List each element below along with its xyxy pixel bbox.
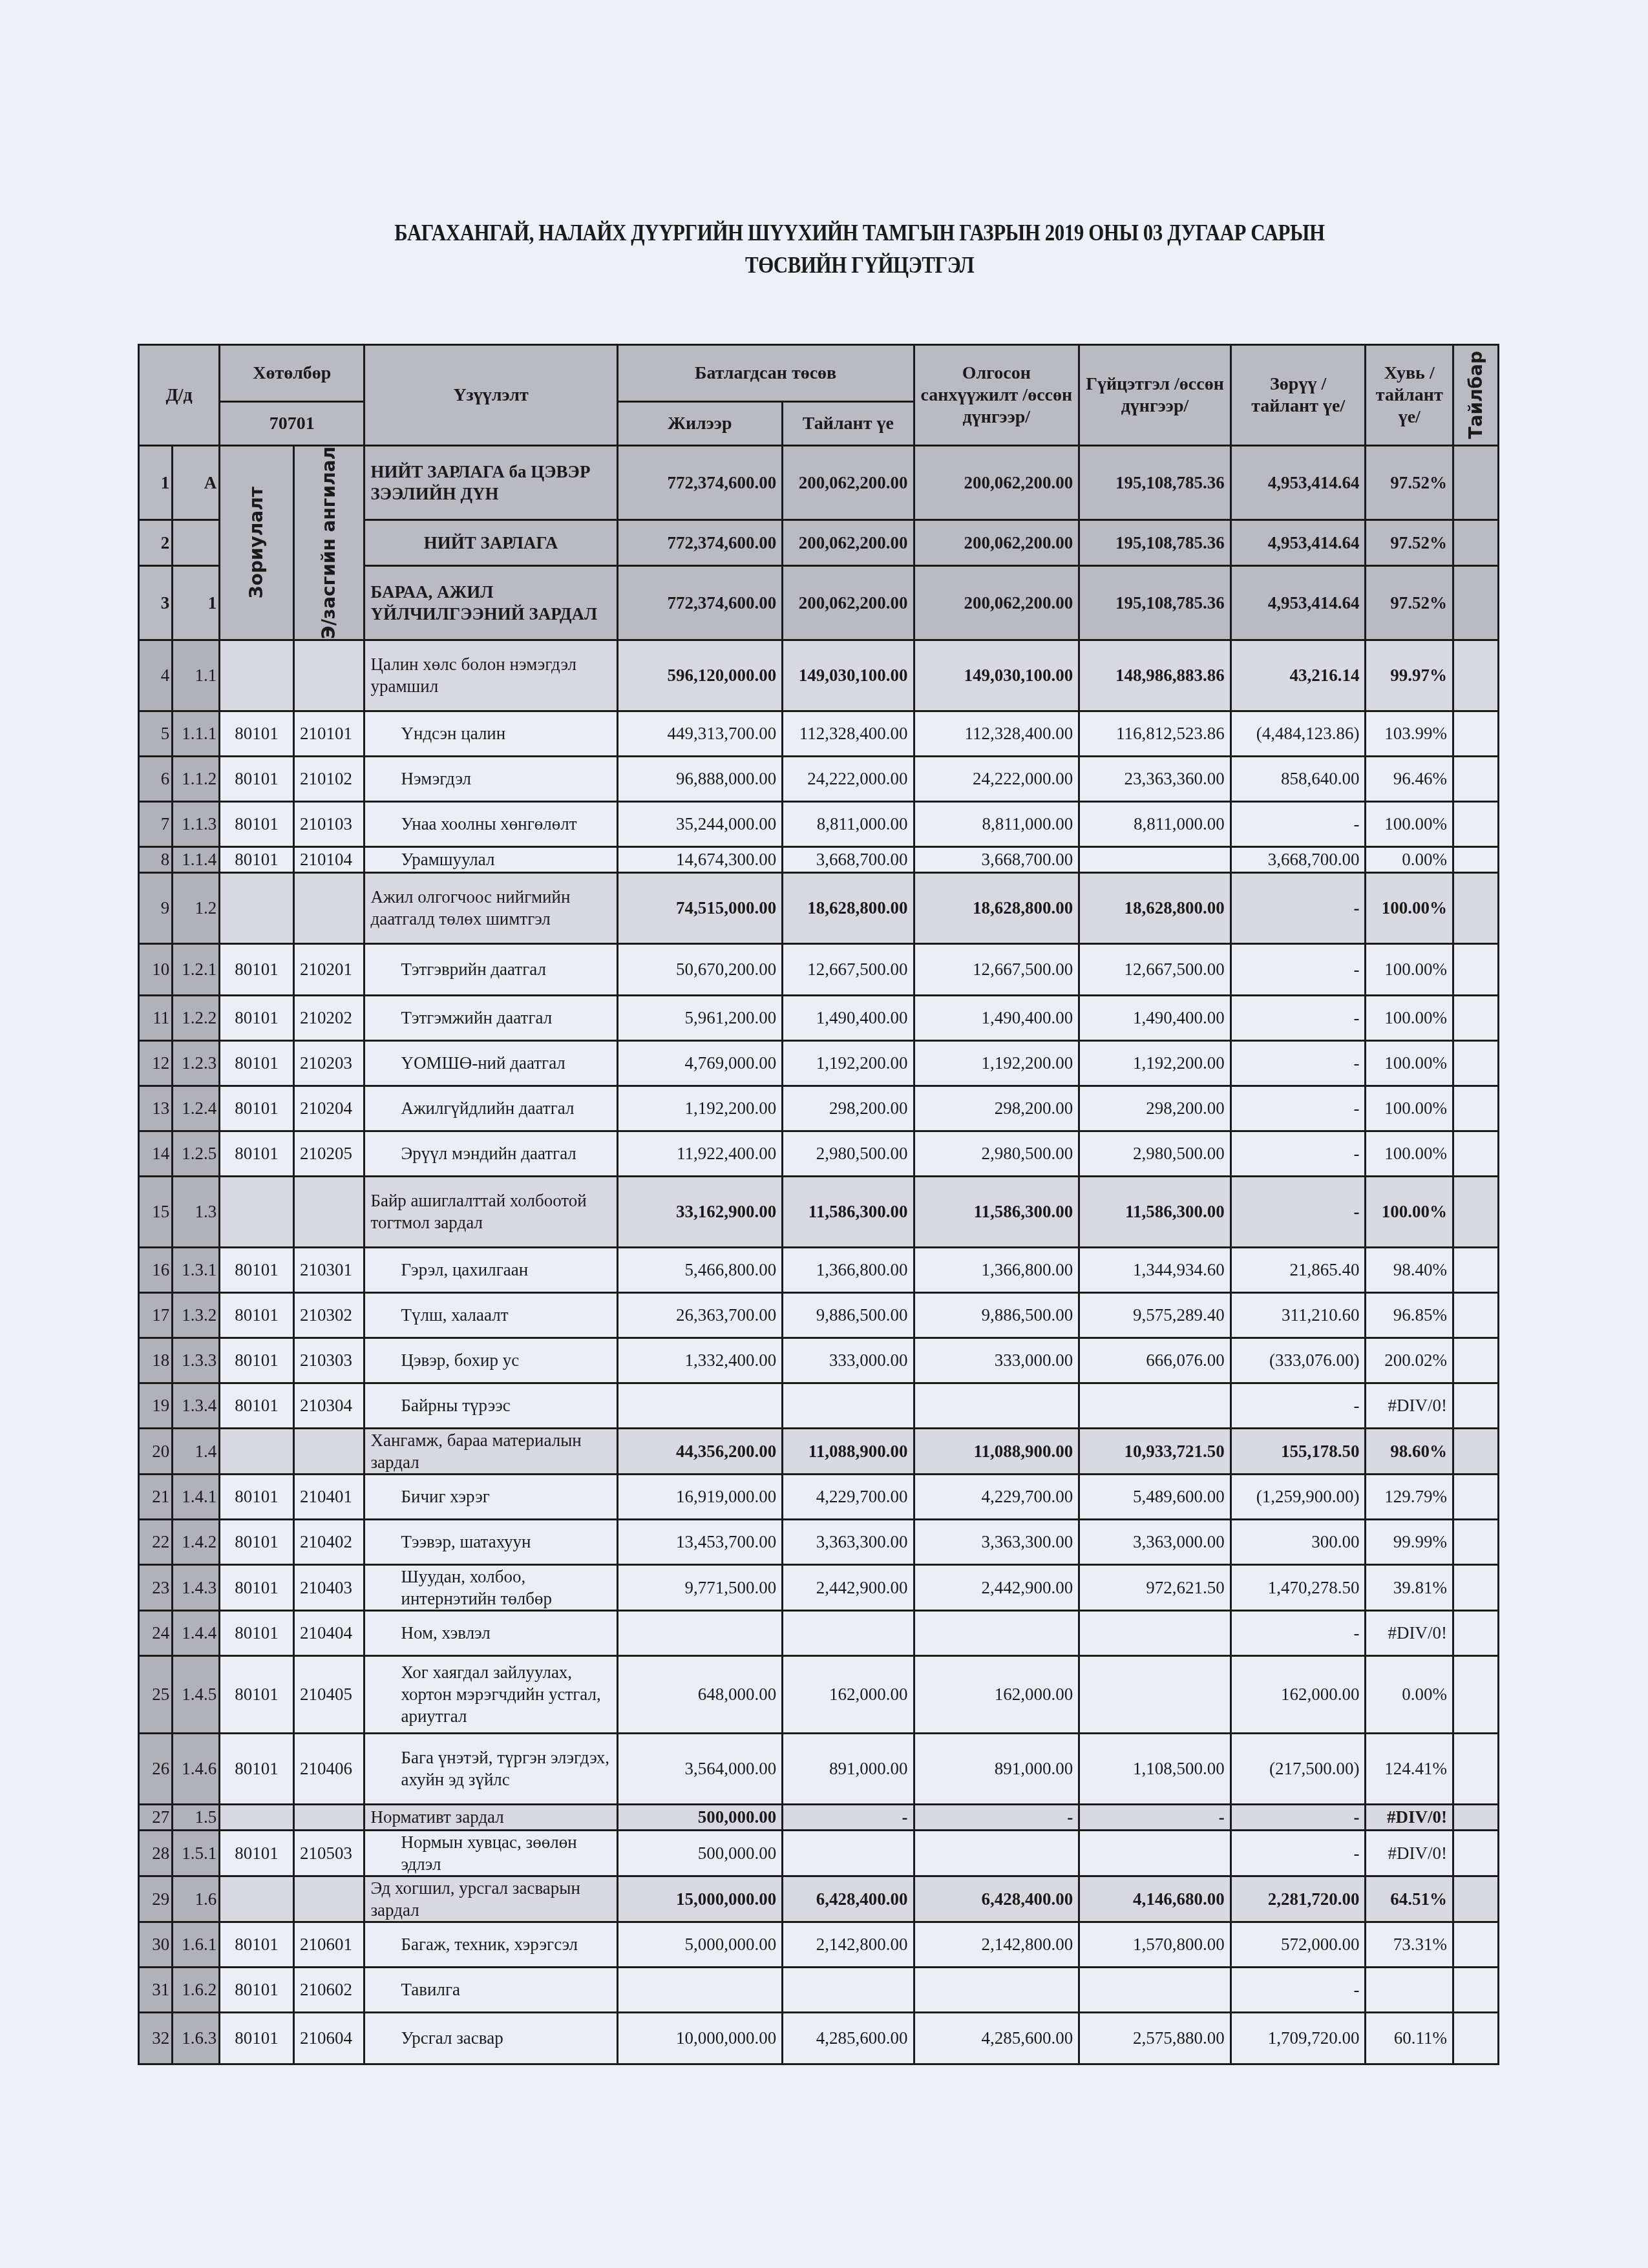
purpose-code: 80101: [220, 1830, 294, 1876]
table-row: 201.4Хангамж, бараа материалын зардал44,…: [139, 1428, 1499, 1474]
purpose-code: 80101: [220, 943, 294, 995]
row-code: 1.4.1: [173, 1474, 220, 1519]
note-cell: [1453, 2012, 1499, 2064]
row-code: 1.3.2: [173, 1292, 220, 1338]
financing-amount: 149,030,100.00: [914, 640, 1079, 711]
annual-budget: 648,000.00: [617, 1655, 783, 1733]
row-code: 1.5.1: [173, 1830, 220, 1876]
purpose-code: 80101: [220, 2012, 294, 2064]
budget-execution-table: Д/д Хөтөлбөр Үзүүлэлт Батлагдсан төсөв О…: [138, 344, 1499, 2065]
difference-amount: -: [1231, 1967, 1366, 2012]
row-number: 18: [139, 1338, 173, 1383]
purpose-code: 80101: [220, 1040, 294, 1086]
row-number: 1: [139, 446, 173, 520]
period-budget: 11,088,900.00: [783, 1428, 914, 1474]
financing-amount: 891,000.00: [914, 1733, 1079, 1804]
period-budget: [783, 1610, 914, 1655]
execution-amount: 12,667,500.00: [1079, 943, 1231, 995]
econ-class-label: Э/засгийн ангилал: [318, 446, 340, 639]
note-cell: [1453, 1338, 1499, 1383]
purpose-label: Зориулалт: [246, 487, 268, 598]
row-number: 15: [139, 1176, 173, 1247]
table-row: 101.2.180101210201Тэтгэврийн даатгал50,6…: [139, 943, 1499, 995]
annual-budget: 596,120,000.00: [617, 640, 783, 711]
row-number: 3: [139, 565, 173, 640]
execution-percent: 97.52%: [1366, 520, 1453, 565]
row-description: НИЙТ ЗАРЛАГА: [364, 520, 617, 565]
annual-budget: 772,374,600.00: [617, 520, 783, 565]
annual-budget: 500,000.00: [617, 1804, 783, 1830]
period-budget: 4,229,700.00: [783, 1474, 914, 1519]
financing-amount: [914, 1610, 1079, 1655]
financing-amount: 200,062,200.00: [914, 565, 1079, 640]
difference-amount: -: [1231, 1830, 1366, 1876]
execution-percent: 100.00%: [1366, 943, 1453, 995]
financing-amount: 4,229,700.00: [914, 1474, 1079, 1519]
financing-amount: 9,886,500.00: [914, 1292, 1079, 1338]
period-budget: [783, 1967, 914, 2012]
financing-amount: 3,668,700.00: [914, 846, 1079, 872]
execution-percent: 100.00%: [1366, 872, 1453, 943]
annual-budget: 5,961,200.00: [617, 995, 783, 1040]
econ-class-code: [293, 1804, 364, 1830]
note-cell: [1453, 711, 1499, 756]
difference-amount: -: [1231, 801, 1366, 846]
annual-budget: 14,674,300.00: [617, 846, 783, 872]
execution-amount: 195,108,785.36: [1079, 520, 1231, 565]
row-code: 1.3.3: [173, 1338, 220, 1383]
econ-class-label-cell: Э/засгийн ангилал: [293, 446, 364, 640]
execution-percent: 97.52%: [1366, 565, 1453, 640]
table-row: 311.6.280101210602Тавилга-: [139, 1967, 1499, 2012]
row-description: НИЙТ ЗАРЛАГА ба ЦЭВЭР ЗЭЭЛИЙН ДҮН: [364, 446, 617, 520]
annual-budget: 11,922,400.00: [617, 1131, 783, 1176]
execution-amount: 4,146,680.00: [1079, 1876, 1231, 1922]
row-description: Цэвэр, бохир ус: [364, 1338, 617, 1383]
row-number: 32: [139, 2012, 173, 2064]
row-number: 13: [139, 1086, 173, 1131]
econ-class-code: 210104: [293, 846, 364, 872]
row-number: 23: [139, 1564, 173, 1610]
financing-amount: 4,285,600.00: [914, 2012, 1079, 2064]
row-description: ҮОМШӨ-ний даатгал: [364, 1040, 617, 1086]
note-cell: [1453, 1564, 1499, 1610]
row-code: 1.6.3: [173, 2012, 220, 2064]
difference-amount: 21,865.40: [1231, 1247, 1366, 1292]
execution-amount: 298,200.00: [1079, 1086, 1231, 1131]
row-code: 1.2: [173, 872, 220, 943]
econ-class-code: 210405: [293, 1655, 364, 1733]
note-cell: [1453, 1428, 1499, 1474]
annual-budget: [617, 1967, 783, 2012]
row-description: Тавилга: [364, 1967, 617, 2012]
table-row: 131.2.480101210204Ажилгүйдлийн даатгал1,…: [139, 1086, 1499, 1131]
purpose-code: 80101: [220, 1519, 294, 1564]
document-title: БАГАХАНГАЙ, НАЛАЙХ ДҮҮРГИЙН ШҮҮХИЙН ТАМГ…: [332, 216, 1388, 281]
row-code: 1.6: [173, 1876, 220, 1922]
table-row: 191.3.480101210304Байрны түрээс-#DIV/0!: [139, 1383, 1499, 1428]
table-row: 321.6.380101210604Урсгал засвар10,000,00…: [139, 2012, 1499, 2064]
annual-budget: 13,453,700.00: [617, 1519, 783, 1564]
purpose-code: 80101: [220, 1655, 294, 1733]
table-row: 261.4.680101210406Бага үнэтэй, түргэн эл…: [139, 1733, 1499, 1804]
difference-amount: -: [1231, 872, 1366, 943]
row-description: Байр ашиглалттай холбоотой тогтмол зарда…: [364, 1176, 617, 1247]
header-percent: Хувь /тайлант үе/: [1366, 345, 1453, 446]
execution-amount: 1,490,400.00: [1079, 995, 1231, 1040]
period-budget: 2,142,800.00: [783, 1922, 914, 1967]
note-cell: [1453, 1292, 1499, 1338]
row-code: 1.6.2: [173, 1967, 220, 2012]
execution-amount: 2,575,880.00: [1079, 2012, 1231, 2064]
note-cell: [1453, 446, 1499, 520]
econ-class-code: 210401: [293, 1474, 364, 1519]
header-note-label: Тайлбар: [1465, 351, 1487, 439]
note-cell: [1453, 1383, 1499, 1428]
purpose-code: [220, 1876, 294, 1922]
period-budget: 200,062,200.00: [783, 520, 914, 565]
execution-amount: 11,586,300.00: [1079, 1176, 1231, 1247]
econ-class-code: [293, 640, 364, 711]
financing-amount: 3,363,300.00: [914, 1519, 1079, 1564]
row-number: 14: [139, 1131, 173, 1176]
financing-amount: 1,192,200.00: [914, 1040, 1079, 1086]
table-row: 181.3.380101210303Цэвэр, бохир ус1,332,4…: [139, 1338, 1499, 1383]
difference-amount: (1,259,900.00): [1231, 1474, 1366, 1519]
annual-budget: 3,564,000.00: [617, 1733, 783, 1804]
execution-amount: 116,812,523.86: [1079, 711, 1231, 756]
execution-amount: 666,076.00: [1079, 1338, 1231, 1383]
row-description: Ном, хэвлэл: [364, 1610, 617, 1655]
econ-class-code: 210102: [293, 756, 364, 801]
row-description: Нормын хувцас, зөөлөн эдлэл: [364, 1830, 617, 1876]
row-code: 1.4.4: [173, 1610, 220, 1655]
header-financing: Олгосон санхүүжилт /өссөн дүнгээр/: [914, 345, 1079, 446]
execution-percent: 98.40%: [1366, 1247, 1453, 1292]
execution-amount: 5,489,600.00: [1079, 1474, 1231, 1519]
annual-budget: 9,771,500.00: [617, 1564, 783, 1610]
period-budget: 2,980,500.00: [783, 1131, 914, 1176]
table-row: 111.2.280101210202Тэтгэмжийн даатгал5,96…: [139, 995, 1499, 1040]
note-cell: [1453, 943, 1499, 995]
row-code: 1.1.4: [173, 846, 220, 872]
purpose-code: [220, 872, 294, 943]
row-number: 29: [139, 1876, 173, 1922]
execution-percent: 100.00%: [1366, 1040, 1453, 1086]
annual-budget: [617, 1610, 783, 1655]
econ-class-code: 210602: [293, 1967, 364, 2012]
row-description: Ажил олгогчоос нийгмийн даатгалд төлөх ш…: [364, 872, 617, 943]
row-description: Багаж, техник, хэрэгсэл: [364, 1922, 617, 1967]
annual-budget: 50,670,200.00: [617, 943, 783, 995]
difference-amount: 162,000.00: [1231, 1655, 1366, 1733]
header-difference: Зөрүү /тайлант үе/: [1231, 345, 1366, 446]
difference-amount: 4,953,414.64: [1231, 446, 1366, 520]
period-budget: 1,366,800.00: [783, 1247, 914, 1292]
period-budget: 162,000.00: [783, 1655, 914, 1733]
difference-amount: 300.00: [1231, 1519, 1366, 1564]
row-code: 1.5: [173, 1804, 220, 1830]
purpose-code: 80101: [220, 1383, 294, 1428]
period-budget: 1,490,400.00: [783, 995, 914, 1040]
row-number: 4: [139, 640, 173, 711]
annual-budget: 33,162,900.00: [617, 1176, 783, 1247]
period-budget: 18,628,800.00: [783, 872, 914, 943]
econ-class-code: 210103: [293, 801, 364, 846]
row-code: 1.6.1: [173, 1922, 220, 1967]
table-row: 81.1.480101210104Урамшуулал14,674,300.00…: [139, 846, 1499, 872]
period-budget: 3,363,300.00: [783, 1519, 914, 1564]
execution-percent: 0.00%: [1366, 846, 1453, 872]
row-code: 1.4.6: [173, 1733, 220, 1804]
execution-amount: 972,621.50: [1079, 1564, 1231, 1610]
table-row: 221.4.280101210402Тээвэр, шатахуун13,453…: [139, 1519, 1499, 1564]
purpose-code: 80101: [220, 1086, 294, 1131]
execution-amount: 195,108,785.36: [1079, 565, 1231, 640]
row-code: 1.1: [173, 640, 220, 711]
annual-budget: 26,363,700.00: [617, 1292, 783, 1338]
financing-amount: 24,222,000.00: [914, 756, 1079, 801]
execution-amount: [1079, 1830, 1231, 1876]
note-cell: [1453, 1804, 1499, 1830]
table-row: 291.6Эд хогшил, урсгал засварын зардал15…: [139, 1876, 1499, 1922]
table-row: 241.4.480101210404Ном, хэвлэл-#DIV/0!: [139, 1610, 1499, 1655]
note-cell: [1453, 1519, 1499, 1564]
purpose-code: 80101: [220, 995, 294, 1040]
row-number: 20: [139, 1428, 173, 1474]
note-cell: [1453, 872, 1499, 943]
annual-budget: 74,515,000.00: [617, 872, 783, 943]
row-description: Эд хогшил, урсгал засварын зардал: [364, 1876, 617, 1922]
econ-class-code: 210403: [293, 1564, 364, 1610]
annual-budget: 44,356,200.00: [617, 1428, 783, 1474]
financing-amount: 18,628,800.00: [914, 872, 1079, 943]
row-description: Хангамж, бараа материалын зардал: [364, 1428, 617, 1474]
execution-amount: 9,575,289.40: [1079, 1292, 1231, 1338]
row-description: Цалин хөлс болон нэмэгдэл урамшил: [364, 640, 617, 711]
note-cell: [1453, 1830, 1499, 1876]
execution-percent: 100.00%: [1366, 1086, 1453, 1131]
econ-class-code: [293, 1876, 364, 1922]
difference-amount: -: [1231, 1383, 1366, 1428]
note-cell: [1453, 1610, 1499, 1655]
note-cell: [1453, 520, 1499, 565]
econ-class-code: 210203: [293, 1040, 364, 1086]
annual-budget: 772,374,600.00: [617, 565, 783, 640]
financing-amount: 6,428,400.00: [914, 1876, 1079, 1922]
financing-amount: 11,586,300.00: [914, 1176, 1079, 1247]
difference-amount: 1,470,278.50: [1231, 1564, 1366, 1610]
econ-class-code: 210201: [293, 943, 364, 995]
purpose-code: [220, 1804, 294, 1830]
annual-budget: 15,000,000.00: [617, 1876, 783, 1922]
annual-budget: 5,466,800.00: [617, 1247, 783, 1292]
row-code: 1.4: [173, 1428, 220, 1474]
row-number: 10: [139, 943, 173, 995]
note-cell: [1453, 1131, 1499, 1176]
period-budget: 3,668,700.00: [783, 846, 914, 872]
row-number: 31: [139, 1967, 173, 2012]
difference-amount: 43,216.14: [1231, 640, 1366, 711]
purpose-code: [220, 640, 294, 711]
row-number: 19: [139, 1383, 173, 1428]
difference-amount: (217,500.00): [1231, 1733, 1366, 1804]
row-number: 9: [139, 872, 173, 943]
econ-class-code: 210302: [293, 1292, 364, 1338]
execution-percent: 200.02%: [1366, 1338, 1453, 1383]
row-number: 26: [139, 1733, 173, 1804]
period-budget: 12,667,500.00: [783, 943, 914, 995]
row-number: 11: [139, 995, 173, 1040]
period-budget: 4,285,600.00: [783, 2012, 914, 2064]
header-indicator: Үзүүлэлт: [364, 345, 617, 446]
econ-class-code: 210601: [293, 1922, 364, 1967]
execution-amount: [1079, 846, 1231, 872]
annual-budget: 500,000.00: [617, 1830, 783, 1876]
table-row: 171.3.280101210302Түлш, халаалт26,363,70…: [139, 1292, 1499, 1338]
annual-budget: [617, 1383, 783, 1428]
table-row: 251.4.580101210405Хог хаягдал зайлуулах,…: [139, 1655, 1499, 1733]
note-cell: [1453, 1040, 1499, 1086]
annual-budget: 16,919,000.00: [617, 1474, 783, 1519]
annual-budget: 1,192,200.00: [617, 1086, 783, 1131]
period-budget: 6,428,400.00: [783, 1876, 914, 1922]
econ-class-code: 210101: [293, 711, 364, 756]
period-budget: [783, 1830, 914, 1876]
purpose-code: 80101: [220, 711, 294, 756]
purpose-code: 80101: [220, 1610, 294, 1655]
header-annual: Жилээр: [617, 402, 783, 446]
execution-percent: 100.00%: [1366, 801, 1453, 846]
table-row: 161.3.180101210301Гэрэл, цахилгаан5,466,…: [139, 1247, 1499, 1292]
difference-amount: 572,000.00: [1231, 1922, 1366, 1967]
purpose-code: 80101: [220, 801, 294, 846]
row-description: Үндсэн цалин: [364, 711, 617, 756]
difference-amount: -: [1231, 1086, 1366, 1131]
difference-amount: (333,076.00): [1231, 1338, 1366, 1383]
annual-budget: 4,769,000.00: [617, 1040, 783, 1086]
execution-percent: 99.99%: [1366, 1519, 1453, 1564]
financing-amount: 1,490,400.00: [914, 995, 1079, 1040]
row-description: Тэтгэврийн даатгал: [364, 943, 617, 995]
difference-amount: -: [1231, 1610, 1366, 1655]
period-budget: 200,062,200.00: [783, 565, 914, 640]
table-row: 281.5.180101210503Нормын хувцас, зөөлөн …: [139, 1830, 1499, 1876]
execution-amount: 1,108,500.00: [1079, 1733, 1231, 1804]
table-row: 51.1.180101210101Үндсэн цалин449,313,700…: [139, 711, 1499, 756]
row-description: БАРАА, АЖИЛ ҮЙЛЧИЛГЭЭНИЙ ЗАРДАЛ: [364, 565, 617, 640]
note-cell: [1453, 1247, 1499, 1292]
execution-amount: 8,811,000.00: [1079, 801, 1231, 846]
table-row: 91.2Ажил олгогчоос нийгмийн даатгалд төл…: [139, 872, 1499, 943]
purpose-code: 80101: [220, 756, 294, 801]
econ-class-code: [293, 1428, 364, 1474]
execution-amount: 195,108,785.36: [1079, 446, 1231, 520]
row-description: Бичиг хэрэг: [364, 1474, 617, 1519]
purpose-code: 80101: [220, 1967, 294, 2012]
purpose-code: 80101: [220, 1474, 294, 1519]
row-code: 1.3.4: [173, 1383, 220, 1428]
note-cell: [1453, 1086, 1499, 1131]
note-cell: [1453, 801, 1499, 846]
execution-amount: 148,986,883.86: [1079, 640, 1231, 711]
annual-budget: 772,374,600.00: [617, 446, 783, 520]
table-row: 1АЗориулалтЭ/засгийн ангилалНИЙТ ЗАРЛАГА…: [139, 446, 1499, 520]
econ-class-code: 210304: [293, 1383, 364, 1428]
execution-percent: 0.00%: [1366, 1655, 1453, 1733]
execution-percent: 39.81%: [1366, 1564, 1453, 1610]
purpose-code: 80101: [220, 1292, 294, 1338]
note-cell: [1453, 1733, 1499, 1804]
table-row: 211.4.180101210401Бичиг хэрэг16,919,000.…: [139, 1474, 1499, 1519]
note-cell: [1453, 1655, 1499, 1733]
difference-amount: (4,484,123.86): [1231, 711, 1366, 756]
difference-amount: -: [1231, 995, 1366, 1040]
execution-percent: 98.60%: [1366, 1428, 1453, 1474]
row-description: Түлш, халаалт: [364, 1292, 617, 1338]
row-description: Тээвэр, шатахуун: [364, 1519, 617, 1564]
difference-amount: -: [1231, 943, 1366, 995]
row-code: [173, 520, 220, 565]
execution-amount: 23,363,360.00: [1079, 756, 1231, 801]
econ-class-code: 210202: [293, 995, 364, 1040]
period-budget: -: [783, 1804, 914, 1830]
execution-amount: [1079, 1655, 1231, 1733]
difference-amount: 858,640.00: [1231, 756, 1366, 801]
financing-amount: [914, 1967, 1079, 2012]
econ-class-code: 210503: [293, 1830, 364, 1876]
econ-class-code: 210406: [293, 1733, 364, 1804]
row-number: 28: [139, 1830, 173, 1876]
execution-percent: 103.99%: [1366, 711, 1453, 756]
row-code: 1: [173, 565, 220, 640]
purpose-code: 80101: [220, 1733, 294, 1804]
financing-amount: [914, 1830, 1079, 1876]
row-description: Унаа хоолны хөнгөлөлт: [364, 801, 617, 846]
table-body: 1АЗориулалтЭ/засгийн ангилалНИЙТ ЗАРЛАГА…: [139, 446, 1499, 2064]
row-number: 27: [139, 1804, 173, 1830]
row-number: 16: [139, 1247, 173, 1292]
row-description: Бага үнэтэй, түргэн элэгдэх, ахуйн эд зү…: [364, 1733, 617, 1804]
purpose-code: 80101: [220, 1247, 294, 1292]
difference-amount: -: [1231, 1176, 1366, 1247]
table-row: 61.1.280101210102Нэмэгдэл96,888,000.0024…: [139, 756, 1499, 801]
row-description: Эрүүл мэндийн даатгал: [364, 1131, 617, 1176]
annual-budget: 35,244,000.00: [617, 801, 783, 846]
execution-amount: [1079, 1610, 1231, 1655]
period-budget: 333,000.00: [783, 1338, 914, 1383]
execution-amount: 1,344,934.60: [1079, 1247, 1231, 1292]
row-number: 5: [139, 711, 173, 756]
row-code: 1.4.5: [173, 1655, 220, 1733]
financing-amount: 1,366,800.00: [914, 1247, 1079, 1292]
execution-amount: [1079, 1383, 1231, 1428]
financing-amount: 200,062,200.00: [914, 446, 1079, 520]
period-budget: [783, 1383, 914, 1428]
financing-amount: 2,442,900.00: [914, 1564, 1079, 1610]
row-description: Нормативт зардал: [364, 1804, 617, 1830]
row-description: Нэмэгдэл: [364, 756, 617, 801]
row-code: 1.1.3: [173, 801, 220, 846]
execution-percent: 97.52%: [1366, 446, 1453, 520]
financing-amount: 11,088,900.00: [914, 1428, 1079, 1474]
purpose-code: [220, 1428, 294, 1474]
econ-class-code: 210604: [293, 2012, 364, 2064]
execution-percent: 100.00%: [1366, 1176, 1453, 1247]
financing-amount: 12,667,500.00: [914, 943, 1079, 995]
execution-percent: #DIV/0!: [1366, 1610, 1453, 1655]
header-period: Тайлант үе: [783, 402, 914, 446]
